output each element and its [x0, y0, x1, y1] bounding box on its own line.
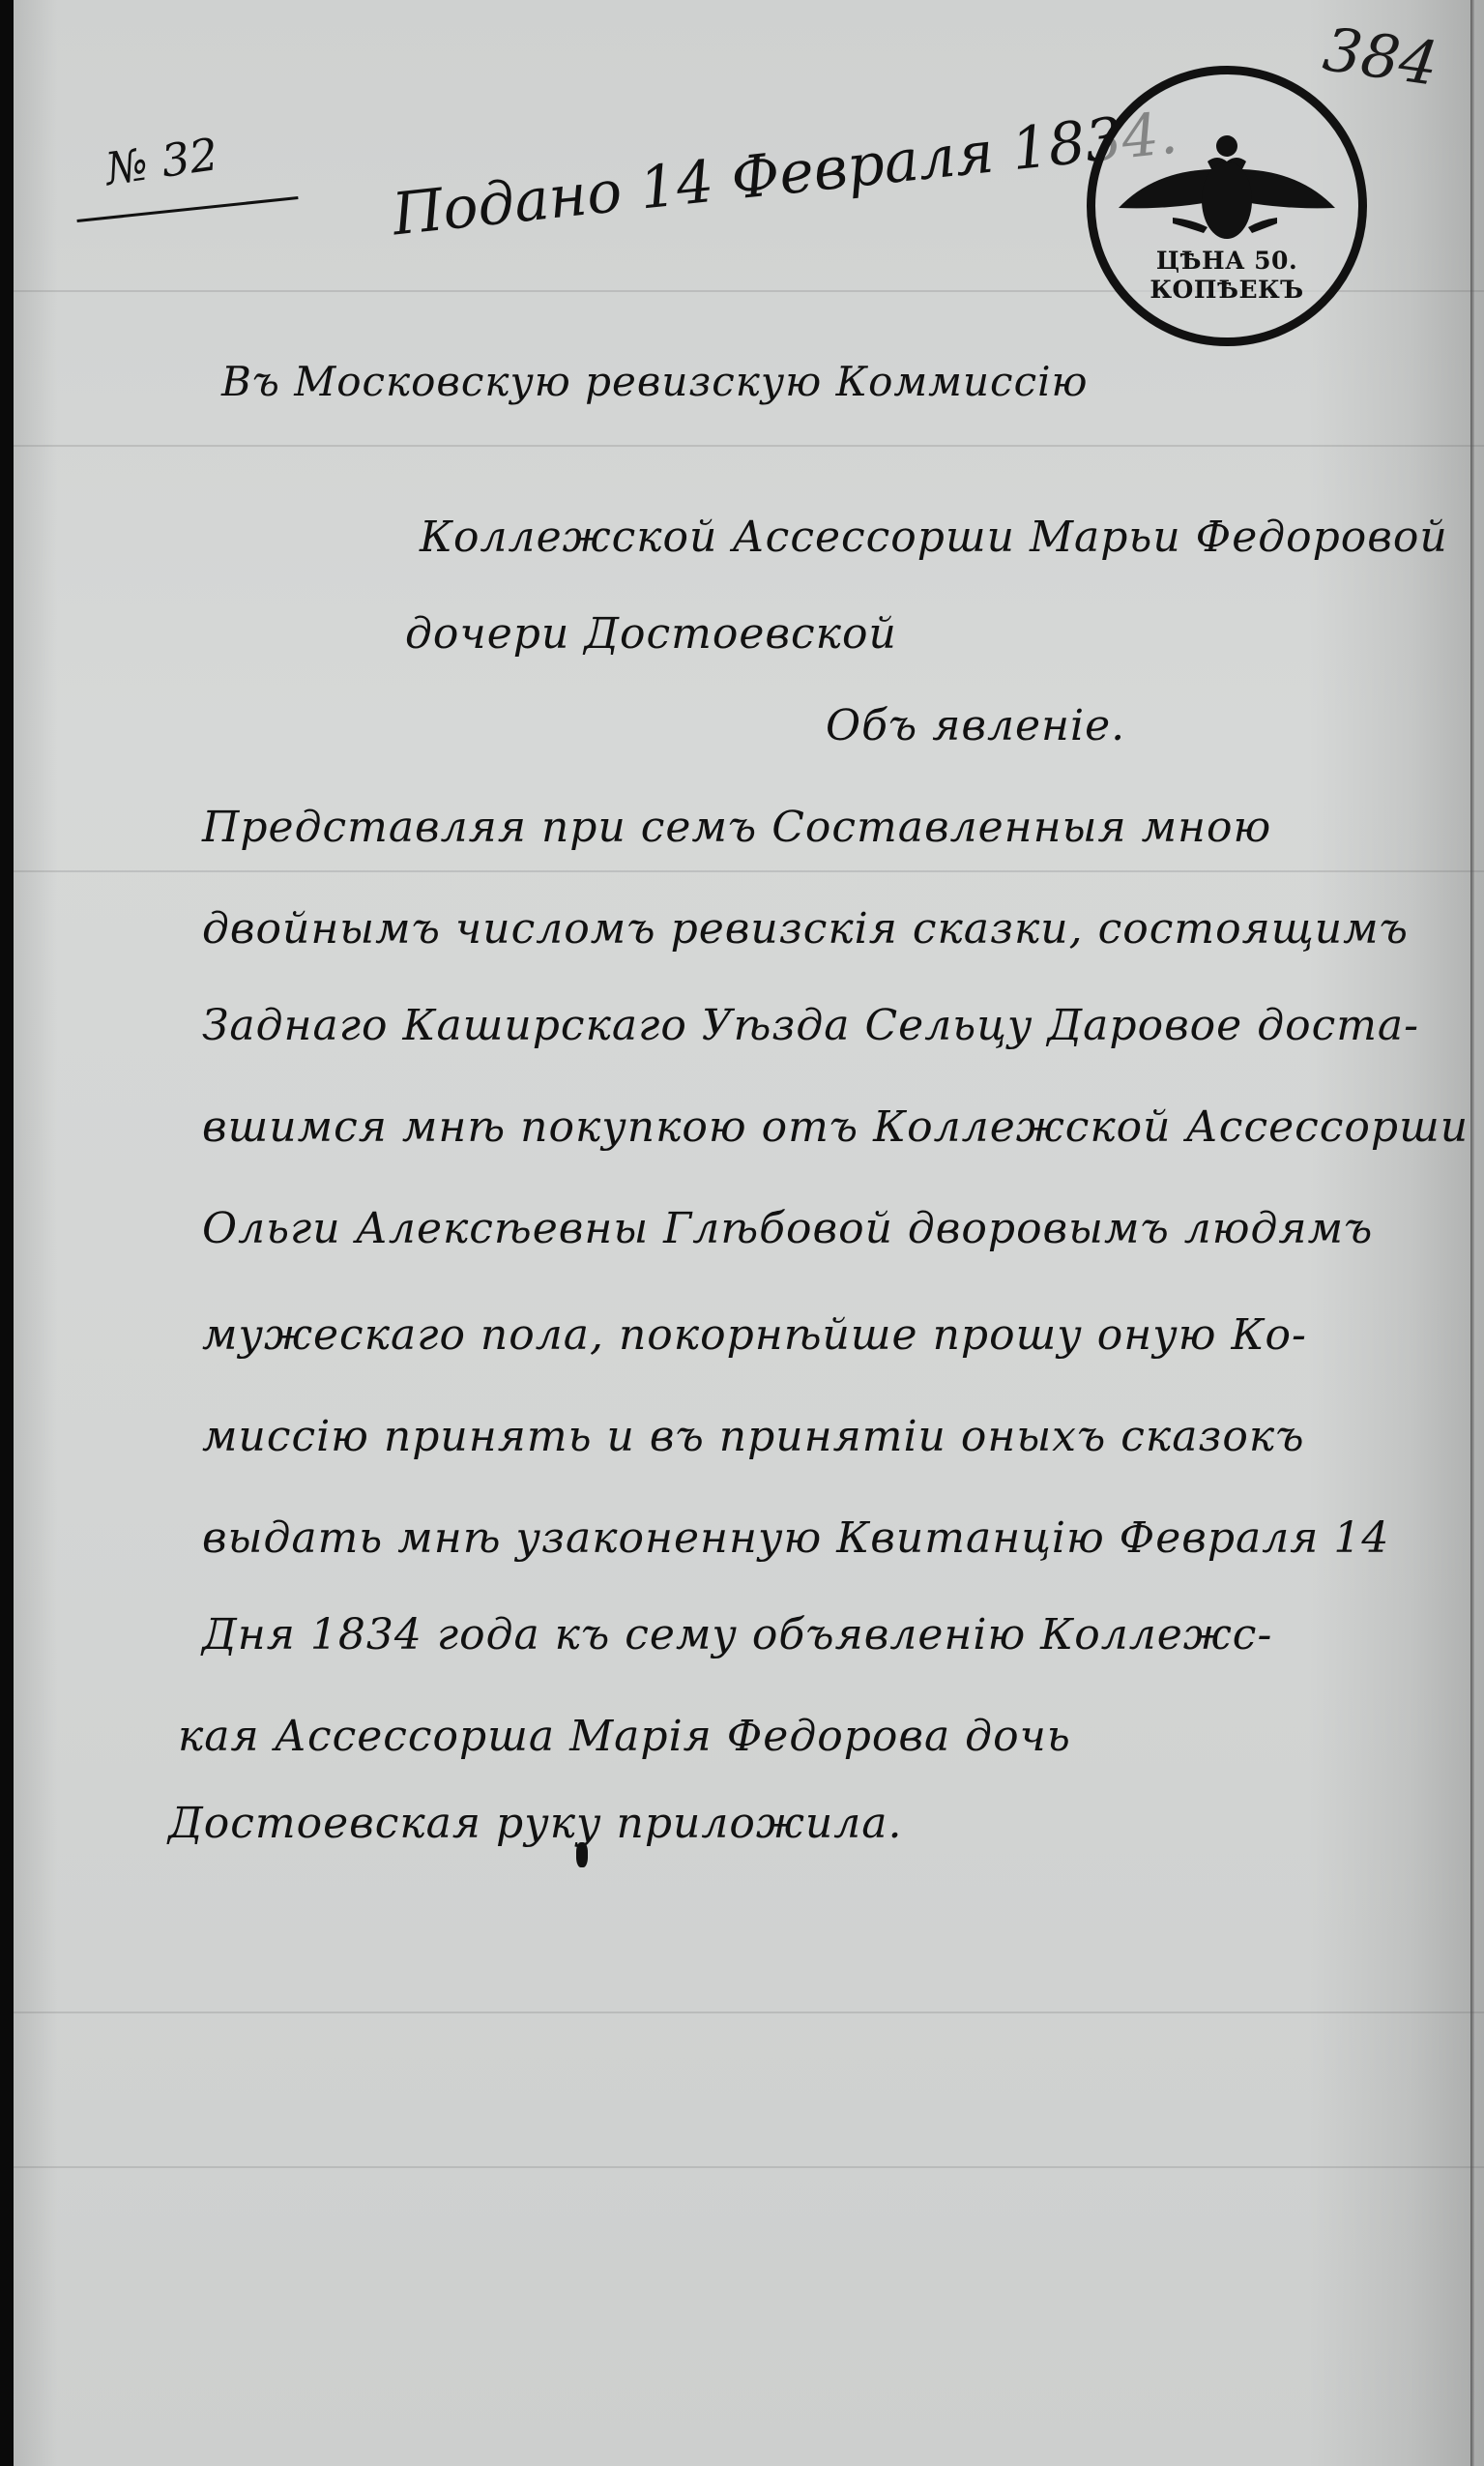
petitioner-line-1: Коллежской Ассессорши Марьи Федоровой [420, 513, 1448, 562]
body-line: Заднаго Каширскаго Уѣзда Сельцу Даровое … [202, 1001, 1419, 1050]
document-page: 384 № 32 Подано 14 Февраля 1834. ЦѢНА 50… [14, 0, 1484, 2466]
folio-number: 384 [1319, 14, 1441, 100]
body-line: выдать мнѣ узаконенную Квитанцію Февраля… [202, 1513, 1389, 1563]
body-line: Ольги Алексѣевны Глѣбовой дворовымъ людя… [202, 1204, 1373, 1253]
paper-fold-line [14, 445, 1484, 447]
revenue-stamp: ЦѢНА 50. КОПѢЕКЪ [1087, 66, 1367, 346]
paper-fold-line [14, 2011, 1484, 2013]
body-line: вшимся мнѣ покупкою отъ Коллежской Ассес… [202, 1102, 1469, 1152]
document-heading: Объ явленіе. [826, 701, 1125, 750]
body-line: двойнымъ числомъ ревизскія сказки, состо… [202, 904, 1409, 954]
petitioner-line-2: дочери Достоевской [405, 609, 897, 659]
signature-line: Достоевская руку приложила. [168, 1799, 902, 1848]
body-line: Представляя при семъ Составленныя мною [202, 803, 1271, 852]
body-line: мужескаго пола, покорнѣйше прошу оную Ко… [202, 1310, 1307, 1360]
stamp-currency-text: КОПѢЕКЪ [1095, 276, 1358, 304]
paper-fold-line [14, 2166, 1484, 2168]
addressee-line: Въ Московскую ревизскую Коммиссію [221, 358, 1089, 405]
page-torn-edge [1470, 0, 1474, 2466]
ink-blot [576, 1842, 588, 1867]
body-line: кая Ассессорша Марія Федорова дочь [178, 1712, 1071, 1761]
stamp-price-text: ЦѢНА 50. [1095, 247, 1358, 275]
reference-underline-flourish [76, 196, 298, 222]
double-headed-eagle-icon [1115, 132, 1339, 249]
body-line: миссію принять и въ принятіи оныхъ сказо… [202, 1412, 1305, 1461]
submission-date-line: Подано 14 Февраля 1834. [390, 100, 1180, 250]
reference-number: № 32 [102, 128, 221, 195]
paper-fold-line [14, 870, 1484, 872]
body-line: Дня 1834 года къ сему объявленію Коллежс… [202, 1610, 1272, 1659]
